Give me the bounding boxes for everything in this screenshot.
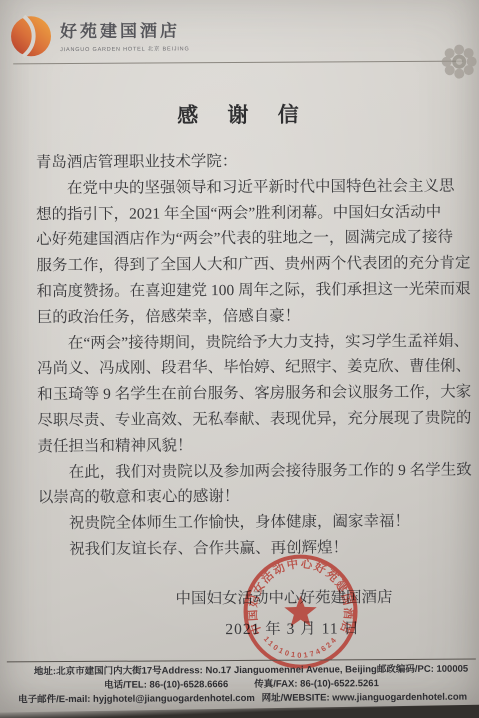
letter-body-line: 在“两会”接待期间，贵院给予大力支持，实习学生孟祥娟、	[37, 328, 451, 356]
seal-number-text: 1101010174624	[262, 634, 340, 660]
footer-postcode: 邮政编码/PC: 100005	[377, 663, 468, 678]
letter-body-line: 冯尚义、冯成刚、段君华、毕怡婷、纪照宇、姜克欣、曹佳俐、	[37, 354, 451, 382]
letter-body-line: 以崇高的敬意和衷心的感谢！	[38, 483, 452, 511]
letter-body-line: 巨的政治任务，倍感荣幸，倍感自豪！	[37, 302, 451, 330]
letter-body-line: 青岛酒店管理职业技术学院：	[36, 148, 450, 176]
letter-body-line: 责任担当和精神风貌！	[37, 431, 451, 459]
footer-address-en: Address: No.17 Jianguomennei Avenue, Bei…	[162, 663, 377, 678]
seal-star-icon	[284, 596, 317, 627]
svg-text:1101010174624: 1101010174624	[262, 634, 340, 660]
letter-body-line: 和玉琦等 9 名学生在前台服务、客房服务和会议服务工作，大家	[37, 380, 451, 408]
letter-body-line: 和高度赞扬。在喜迎建党 100 周年之际，我们承担这一光荣而艰	[37, 277, 451, 305]
official-red-seal: 中国妇女活动中心好苑建国酒店 1101010174624	[240, 551, 361, 672]
letter-body-line: 祝贵院全体师生工作愉快，身体健康，阖家幸福！	[38, 509, 452, 537]
hotel-logo: 好苑建国酒店 JIANGUO GARDEN HOTEL 北京 BEIJING	[10, 13, 190, 58]
hotel-logo-icon	[10, 14, 52, 58]
letter-body-line: 服务工作，得到了全国人大和广西、贵州两个代表团的充分肯定	[36, 251, 450, 279]
footer-email: 电子邮件/E-mail: hyjghotel@jianguogardenhote…	[18, 692, 255, 707]
footer-website: 网址/WEBSITE: www.jianguogardenhotel.com	[262, 691, 468, 706]
letter-title: 感 谢 信	[0, 98, 478, 131]
letter-body-line: 尽职尽责、专业高效、无私奉献、表现优异，充分展现了贵院的	[37, 406, 451, 434]
hotel-name-en: JIANGUO GARDEN HOTEL 北京 BEIJING	[60, 44, 189, 53]
letter-body-line: 心好苑建国酒店作为“两会”代表的驻地之一，圆满完成了接待	[36, 225, 450, 253]
letter-body-line: 想的指引下，2021 年全国“两会”胜利闭幕。中国妇女活动中	[36, 199, 450, 227]
hotel-name-cn: 好苑建国酒店	[60, 16, 190, 42]
footer: 地址:北京市建国门内大街17号 Address: No.17 Jianguome…	[2, 663, 479, 708]
letter-photo: 好苑建国酒店 JIANGUO GARDEN HOTEL 北京 BEIJING 感…	[0, 0, 479, 718]
rosette-flower-icon	[439, 42, 479, 82]
letter-body-line: 在党中央的坚强领导和习近平新时代中国特色社会主义思	[36, 174, 450, 202]
footer-address-cn: 地址:北京市建国门内大街17号	[34, 664, 162, 679]
footer-tel: 电话/TEL: 86-(10)-6528.6666	[104, 678, 228, 693]
letter-body: 青岛酒店管理职业技术学院： 在党中央的坚强领导和习近平新时代中国特色社会主义思 …	[36, 148, 453, 563]
letter-body-line: 在此，我们对贵院以及参加两会接待服务工作的 9 名学生致	[38, 457, 452, 485]
header-divider	[13, 61, 463, 65]
footer-fax: 传真/FAX: 86-(10)-6522.5261	[254, 677, 379, 692]
